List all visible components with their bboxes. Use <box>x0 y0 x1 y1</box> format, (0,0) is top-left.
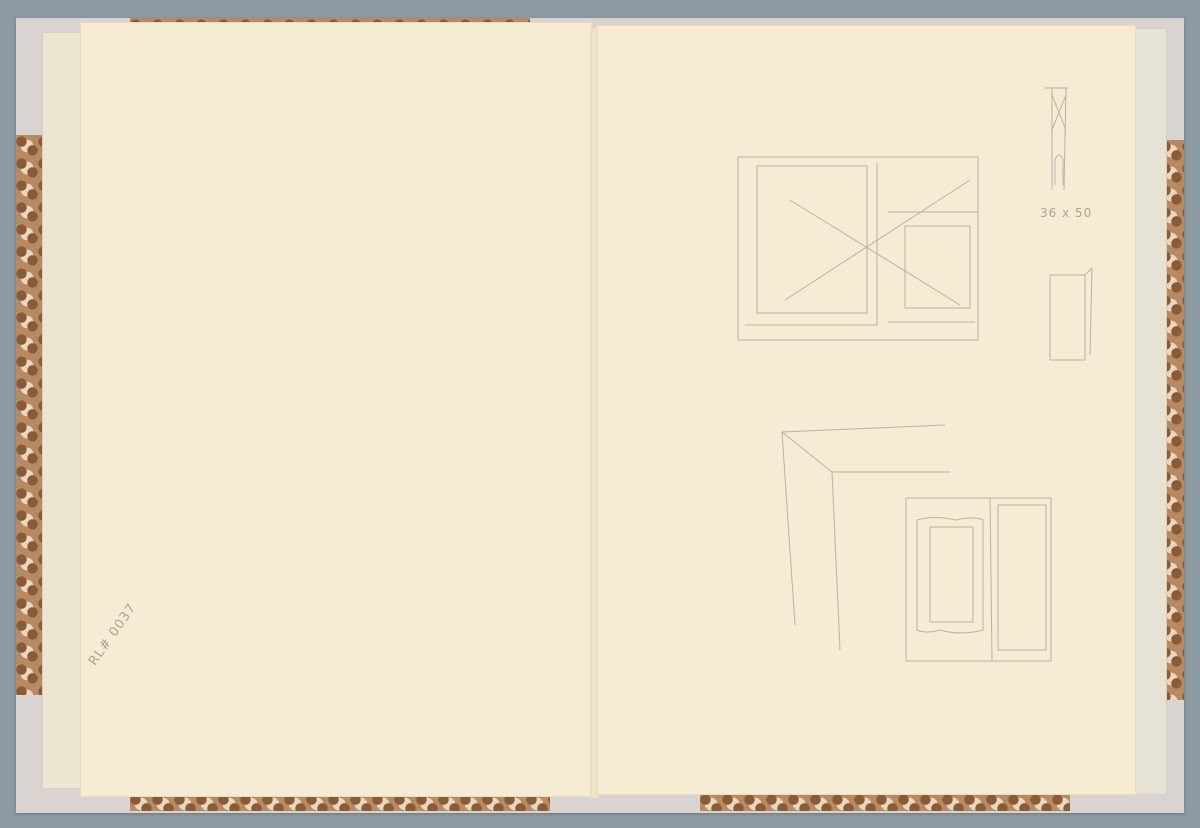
sketch-room-corner <box>782 425 950 650</box>
sketch-framed-rectangles <box>738 157 978 340</box>
sketchbook-photo: RL# 0037 36 x 50 <box>0 0 1200 828</box>
sketch-lattice-column <box>1045 88 1068 190</box>
sketch-framed-panels <box>906 498 1051 661</box>
sketch-box <box>1050 268 1092 360</box>
pencil-sketches <box>0 0 1200 828</box>
